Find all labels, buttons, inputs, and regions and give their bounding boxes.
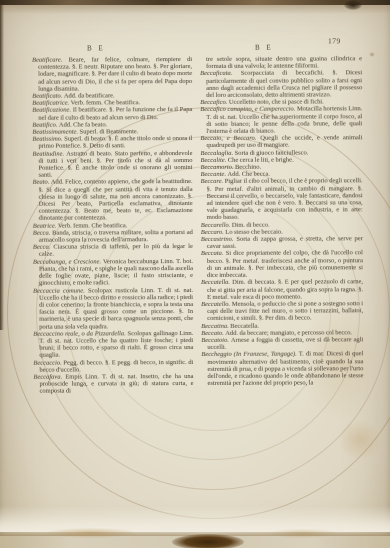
dictionary-entry: Beatitudine. Astratto di beato. Stato pe…: [32, 150, 192, 180]
left-column: Beatificare. Beare, far felice, colmare,…: [32, 56, 194, 459]
dictionary-entry: Beatissimo. Superl. di beato. §. È anche…: [32, 135, 192, 150]
entry-headword: Beccaccio.: [33, 359, 63, 366]
edge-stain: [268, 529, 338, 538]
entry-headword: Beccaccino reale, o da Pizzardella.: [33, 330, 127, 337]
printed-text-layer: B E B E 179 Beatificare. Beare, far feli…: [0, 0, 390, 548]
dictionary-entry: Beatificazione. Il beatificare. §. Per l…: [32, 106, 192, 121]
entry-headword: Beccatello.: [201, 301, 232, 308]
entry-headword: Beccatella.: [201, 279, 232, 286]
entry-headword: Beatificare.: [32, 57, 68, 64]
entry-headword: Beatissimo.: [32, 136, 64, 143]
entry-headword: Beatifico.: [32, 121, 59, 128]
dictionary-entry: Becca. Ciascuna striscia di taffettà, pe…: [33, 243, 193, 258]
dictionary-entry: Beccafico canapino, e Campereccio. Motac…: [200, 106, 362, 136]
dictionary-entry: Beccheggio (In Franzese, Tangage). T. di…: [201, 351, 363, 388]
entry-headword: Beatificato.: [32, 93, 64, 100]
entry-headword: Beccaro.: [201, 229, 225, 236]
dictionary-entry: Beccatella. Dim. di beccata. §. E per qu…: [201, 279, 363, 301]
dictionary-entry: Beccaccio. Pegg. di becco. §. E pegg. di…: [33, 359, 193, 374]
entry-headword: Beccante.: [201, 171, 228, 178]
entry-headword: Beccafico canapino, e Campereccio.: [200, 106, 297, 113]
entry-headword: Beccalaglia.: [200, 149, 234, 156]
entry-headword: Beccabunga, e Crescione.: [33, 258, 103, 265]
right-column: tre setole sopra, situate dentro una gua…: [200, 55, 364, 458]
dictionary-entry: Beccatoio. Arnese a foggia di cassetta, …: [201, 336, 363, 351]
dictionary-entry: Beccabunga, e Crescione. Veronica beccab…: [33, 258, 193, 288]
dictionary-entry: Beato. Add. Felice, contento appieno, ch…: [33, 178, 193, 222]
entry-headword: Beccatina.: [201, 322, 230, 329]
scanned-book-page: B E B E 179 Beatificare. Beare, far feli…: [0, 0, 390, 548]
entry-headword: Beatificatrice.: [32, 100, 70, 107]
entry-headword: Beccheggio (In Franzese, Tangage).: [201, 351, 298, 358]
dictionary-entry: Beccaficata. Scorpacciata di beccafichi.…: [200, 70, 362, 100]
entry-headword: Beccarello.: [201, 222, 232, 229]
dictionary-entry: Beccafava. Empis Linn. T. di st. nat. In…: [33, 373, 193, 395]
entry-headword: Beccaio, e Beccaro.: [200, 135, 260, 142]
dark-bottom-stain: [172, 534, 244, 548]
dictionary-entry: tre setole sopra, situate dentro una gua…: [200, 55, 362, 70]
entry-headword: Beatitudine.: [32, 150, 66, 157]
running-head-left: B E: [87, 44, 105, 52]
dictionary-entry: Beatificare. Beare, far felice, colmare,…: [32, 56, 192, 93]
entry-headword: Beccastrino.: [201, 236, 237, 243]
entry-headword: Becca.: [33, 244, 54, 251]
entry-headword: Beccamorto.: [201, 164, 235, 171]
dictionary-entry: Beccaccia comune. Scolopax rusticola Lin…: [33, 287, 193, 331]
entry-headword: Beatificazione.: [32, 107, 73, 114]
entry-headword: Beccafava.: [33, 374, 65, 381]
entry-headword: Beccato.: [201, 330, 225, 337]
dictionary-entry: Beccastrino. Sorta di zappa grossa, e st…: [201, 235, 363, 250]
page-bottom-highlight: [0, 506, 390, 532]
page-number: 179: [328, 36, 341, 45]
dictionary-entry: Beccatello. Mensola, o peduccio che si p…: [201, 300, 363, 322]
dictionary-entry: Beccaccino reale, o da Pizzardella. Scol…: [33, 330, 193, 360]
entry-headword: Beatrice.: [33, 222, 58, 229]
dictionary-entry: Beccata. Si dice propriamente del colpo,…: [201, 250, 363, 280]
dictionary-entry: Becca. Banda, striscia, o traversa milit…: [33, 229, 193, 244]
entry-headword: Beccatoio.: [201, 337, 231, 344]
entry-headword: Beato.: [33, 179, 51, 186]
dictionary-entry: Beccaio, e Beccaro. Quegli che uccide, e…: [200, 135, 362, 150]
entry-headword: Becca.: [33, 229, 52, 236]
entry-headword: Beccaficata.: [200, 70, 241, 77]
entry-headword: Beccafico.: [200, 99, 229, 106]
entry-headword: Beccare.: [201, 178, 225, 185]
entry-headword: Beccalite.: [200, 157, 227, 164]
entry-headword: Beccata.: [201, 250, 226, 257]
edge-stain: [46, 528, 136, 538]
dictionary-entry: Beccare. Pigliar il cibo col becco, il c…: [201, 178, 363, 222]
running-head-right: B E: [255, 44, 273, 52]
entry-headword: Beccaccia comune.: [33, 287, 88, 294]
